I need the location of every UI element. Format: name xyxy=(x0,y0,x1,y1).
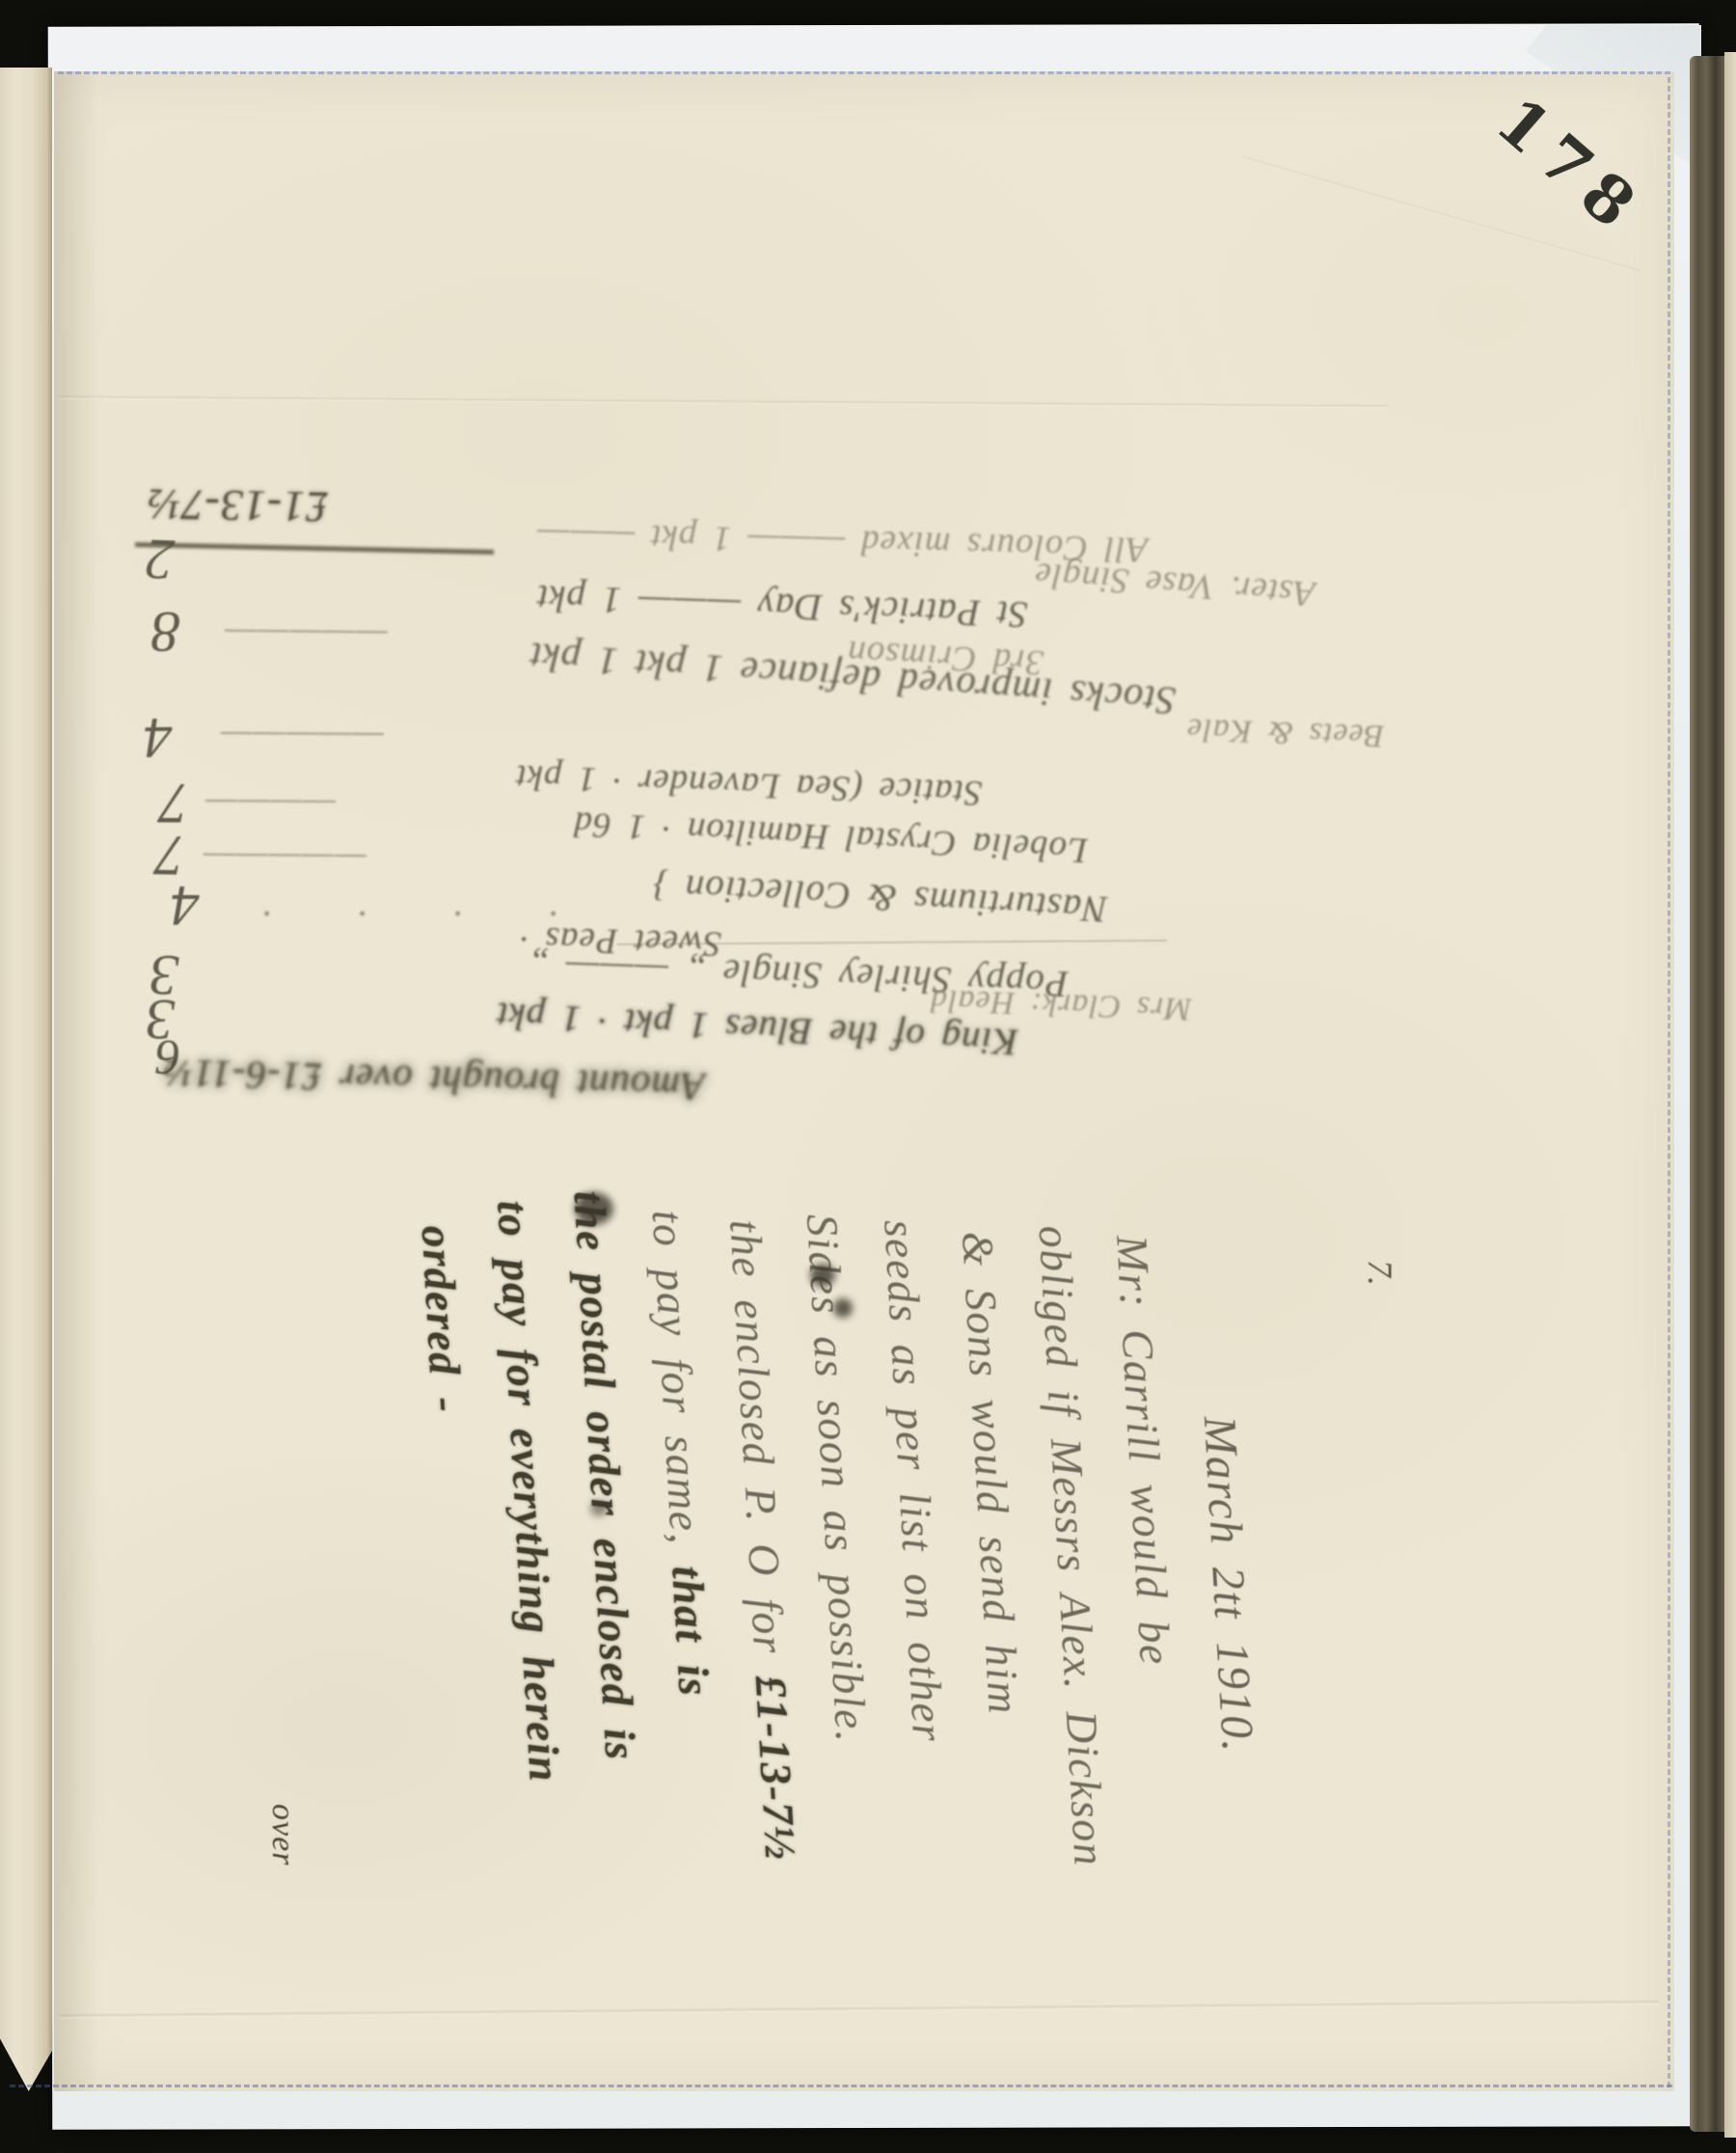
corner-mark: 7. xyxy=(1360,1260,1400,1286)
ledger-total: £1-13-7½ xyxy=(147,478,329,532)
book-page-stack-edge xyxy=(1690,56,1726,2132)
page-top-dotted-edge xyxy=(58,71,1670,74)
ink-blot xyxy=(575,1192,613,1225)
ink-blot xyxy=(833,1298,853,1318)
ink-blot xyxy=(810,1264,835,1287)
ledger-dash: ————— xyxy=(203,836,366,879)
ledger-qty: 8 xyxy=(149,598,180,666)
ledger-dash: ————— xyxy=(224,613,388,656)
ledger-dash: ———— xyxy=(204,783,336,826)
left-page-edge xyxy=(0,68,52,2091)
ink-blot xyxy=(590,1501,608,1516)
ledger-dash: ————— xyxy=(220,715,384,757)
right-fore-edge-page xyxy=(1724,52,1736,2138)
over-note: over xyxy=(264,1804,301,1866)
ledger-qty: 2 xyxy=(144,525,176,592)
ledger-dots: · · · · xyxy=(228,889,559,936)
gutter-shadow xyxy=(54,71,98,2091)
ledger-qty: 4 xyxy=(142,704,173,772)
page-right-dotted-edge xyxy=(1668,77,1670,2087)
ledger-qty: 4 xyxy=(170,872,200,939)
letter-note: March 2tt 1910. Mr: Carrill would be obl… xyxy=(395,1182,1244,1982)
page-bottom-dotted-edge xyxy=(10,2085,1672,2087)
ledger-item: Beets & Kale xyxy=(1185,710,1384,753)
